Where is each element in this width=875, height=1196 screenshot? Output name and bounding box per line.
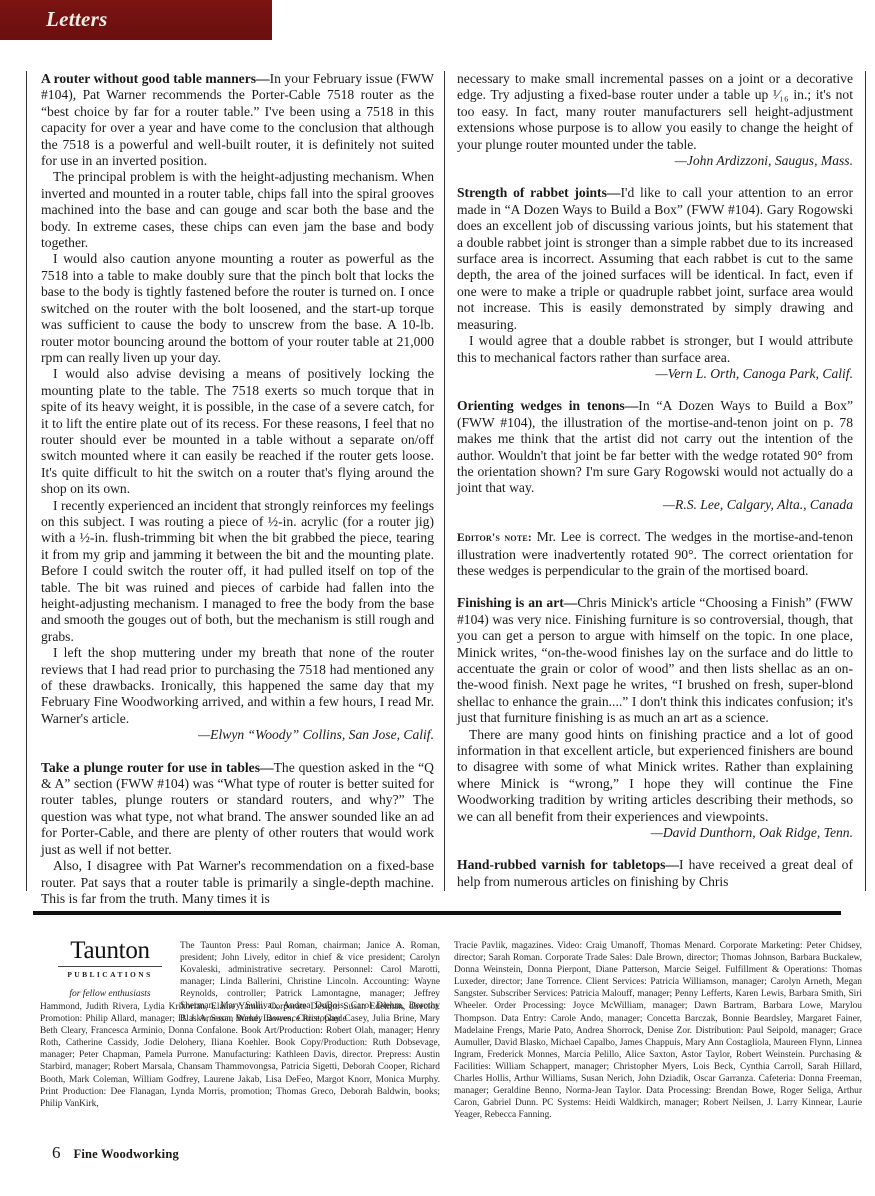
- letter-signature: —David Dunthorn, Oak Ridge, Tenn.: [639, 825, 853, 841]
- letter-headline: Hand-rubbed varnish for tabletops—: [457, 857, 679, 872]
- letter-signature: —R.S. Lee, Calgary, Alta., Canada: [457, 497, 853, 513]
- left-column: A router without good table manners—In y…: [26, 71, 444, 891]
- taunton-logo: Taunton PUBLICATIONS for fellow enthusia…: [58, 938, 162, 999]
- masthead-staff-right: Tracie Pavlik, magazines. Video: Craig U…: [454, 940, 862, 1121]
- letter-finishing-art: Finishing is an art—Chris Minick's artic…: [457, 595, 853, 841]
- section-title: Letters: [46, 7, 108, 32]
- letter-headline: Strength of rabbet joints—: [457, 185, 620, 200]
- logo-tagline: for fellow enthusiasts: [58, 989, 162, 999]
- masthead-divider: [33, 911, 841, 915]
- letter-hand-rubbed-varnish: Hand-rubbed varnish for tabletops—I have…: [457, 857, 853, 890]
- letter-headline: A router without good table manners—: [41, 71, 270, 86]
- letter-headline: Finishing is an art—: [457, 595, 577, 610]
- editors-note: Editor's note: Mr. Lee is correct. The w…: [457, 529, 853, 579]
- letter-plunge-router: Take a plunge router for use in tables—T…: [41, 760, 434, 908]
- letter-signature: —Vern L. Orth, Canoga Park, Calif.: [457, 366, 853, 382]
- letter-rabbet-joints: Strength of rabbet joints—I'd like to ca…: [457, 185, 853, 382]
- letter-signature: —Elwyn “Woody” Collins, San Jose, Calif.: [41, 727, 434, 743]
- letter-headline: Orienting wedges in tenons—: [457, 398, 638, 413]
- letter-headline: Take a plunge router for use in tables—: [41, 760, 274, 775]
- letter-plunge-router-continued: necessary to make small incremental pass…: [457, 71, 853, 169]
- page-number: 6: [52, 1143, 61, 1163]
- section-header-band: Letters: [0, 0, 272, 40]
- letter-router-table-manners: A router without good table manners—In y…: [41, 71, 434, 744]
- letters-columns: A router without good table manners—In y…: [26, 71, 866, 891]
- letter-signature: —John Ardizzoni, Saugus, Mass.: [675, 153, 853, 169]
- page-footer: 6 Fine Woodworking: [52, 1143, 179, 1163]
- editors-note-label: Editor's note:: [457, 532, 532, 544]
- letter-wedges-tenons: Orienting wedges in tenons—In “A Dozen W…: [457, 398, 853, 513]
- masthead-staff-left-bottom: Hammond, Judith Rivera, Lydia Krikorian,…: [40, 1001, 440, 1110]
- magazine-name: Fine Woodworking: [74, 1147, 179, 1162]
- right-column: necessary to make small incremental pass…: [444, 71, 866, 891]
